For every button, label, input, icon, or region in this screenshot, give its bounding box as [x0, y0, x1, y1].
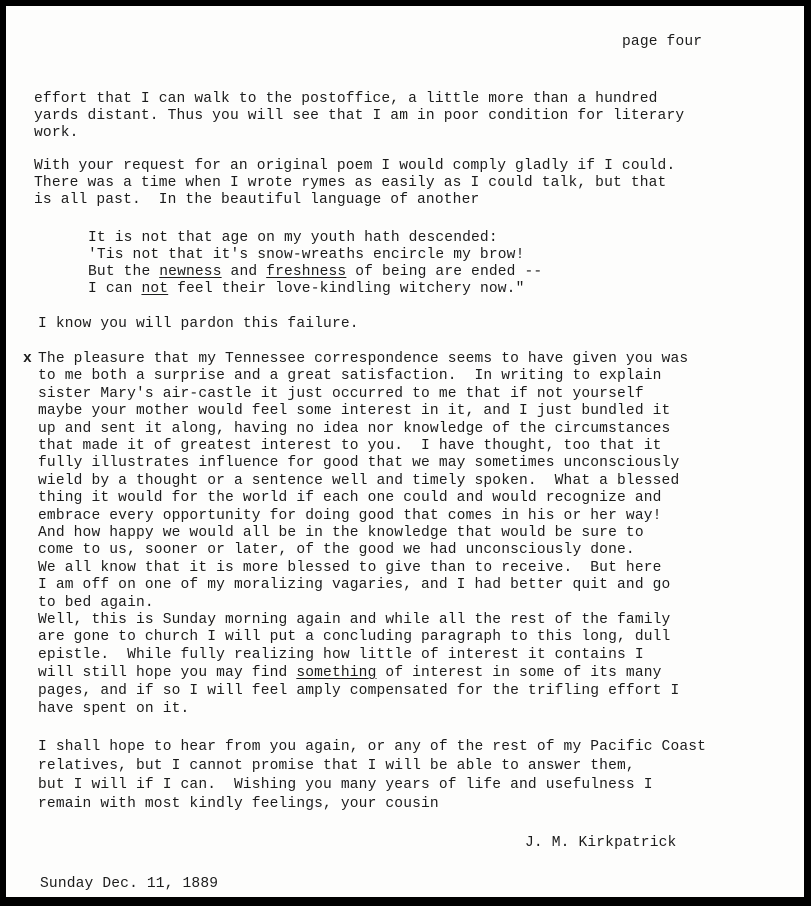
poem-text: I can	[88, 281, 141, 297]
paragraph-6-line-4: remain with most kindly feelings, your c…	[38, 796, 439, 813]
paragraph-2-line-1: With your request for an original poem I…	[34, 158, 675, 175]
paragraph-1-line-1: effort that I can walk to the postoffice…	[34, 91, 658, 108]
paragraph-5-line-2: are gone to church I will put a concludi…	[38, 629, 670, 646]
paragraph-3-line-1: I know you will pardon this failure.	[38, 316, 359, 333]
paragraph-5-line-3: epistle. While fully realizing how littl…	[38, 647, 644, 664]
paragraph-4-line-15: to bed again.	[38, 595, 154, 612]
paragraph-text: of interest in some of its many	[377, 665, 662, 681]
paragraph-5-line-6: have spent on it.	[38, 701, 189, 718]
paragraph-4-line-14: I am off on one of my moralizing vagarie…	[38, 577, 670, 594]
underlined-word: something	[296, 665, 376, 681]
paragraph-4-line-6: that made it of greatest interest to you…	[38, 438, 662, 455]
paragraph-2-line-3: is all past. In the beautiful language o…	[34, 192, 479, 209]
underlined-word: freshness	[266, 264, 346, 280]
poem-line-3: But the newness and freshness of being a…	[88, 264, 542, 281]
paragraph-4-line-2: to me both a surprise and a great satisf…	[38, 368, 662, 385]
poem-text: feel their love-kindling witchery now."	[168, 281, 524, 297]
paragraph-4-line-4: maybe your mother would feel some intere…	[38, 403, 670, 420]
letter-page: page four effort that I can walk to the …	[6, 6, 804, 897]
paragraph-4-line-7: fully illustrates influence for good tha…	[38, 455, 679, 472]
paragraph-4-line-10: embrace every opportunity for doing good…	[38, 508, 662, 525]
paragraph-5-line-4: will still hope you may find something o…	[38, 665, 662, 682]
signature: J. M. Kirkpatrick	[525, 835, 676, 852]
page-number-label: page four	[622, 34, 702, 51]
paragraph-4-line-9: thing it would for the world if each one…	[38, 490, 662, 507]
paragraph-4-line-1: The pleasure that my Tennessee correspon…	[38, 351, 688, 368]
poem-text: But the	[88, 264, 159, 280]
paragraph-6-line-1: I shall hope to hear from you again, or …	[38, 739, 706, 756]
paragraph-2-line-2: There was a time when I wrote rymes as e…	[34, 175, 666, 192]
paragraph-4-line-8: wield by a thought or a sentence well an…	[38, 473, 679, 490]
underlined-word: newness	[159, 264, 221, 280]
paragraph-1-line-2: yards distant. Thus you will see that I …	[34, 108, 684, 125]
paragraph-4-line-5: up and sent it along, having no idea nor…	[38, 421, 670, 438]
poem-line-2: 'Tis not that it's snow-wreaths encircle…	[88, 247, 524, 264]
paragraph-text: will still hope you may find	[38, 665, 296, 681]
paragraph-4-line-3: sister Mary's air-castle it just occurre…	[38, 386, 644, 403]
paragraph-4-line-12: come to us, sooner or later, of the good…	[38, 542, 635, 559]
underlined-word: not	[141, 281, 168, 297]
paragraph-6-line-3: but I will if I can. Wishing you many ye…	[38, 777, 653, 794]
poem-line-4: I can not feel their love-kindling witch…	[88, 281, 525, 298]
paragraph-4-line-13: We all know that it is more blessed to g…	[38, 560, 662, 577]
paragraph-4-line-11: And how happy we would all be in the kno…	[38, 525, 644, 542]
paragraph-1-line-3: work.	[34, 125, 79, 142]
paragraph-5-line-1: Well, this is Sunday morning again and w…	[38, 612, 670, 629]
paragraph-6-line-2: relatives, but I cannot promise that I w…	[38, 758, 635, 775]
poem-line-1: It is not that age on my youth hath desc…	[88, 230, 498, 247]
margin-x-mark: x	[23, 351, 32, 368]
poem-text: and	[222, 264, 267, 280]
poem-text: of being are ended --	[346, 264, 542, 280]
letter-date: Sunday Dec. 11, 1889	[40, 876, 218, 893]
paragraph-5-line-5: pages, and if so I will feel amply compe…	[38, 683, 679, 700]
